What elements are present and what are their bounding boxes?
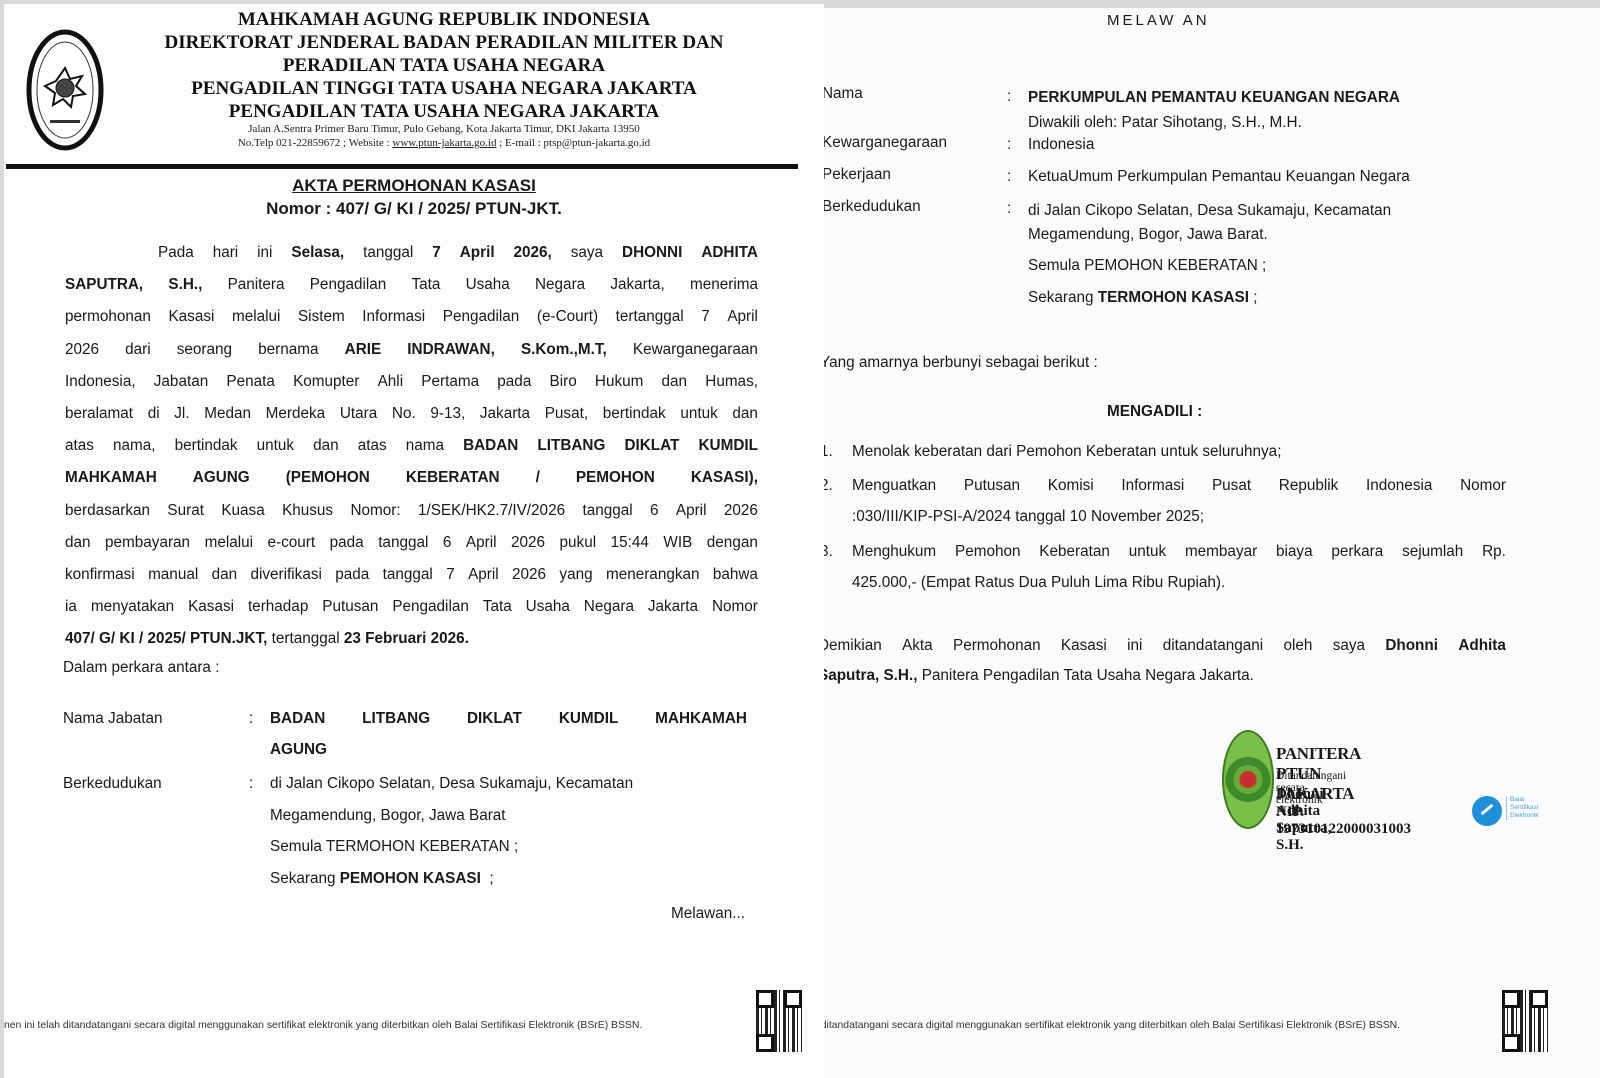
document-number: Nomor : 407/ G/ KI / 2025/ PTUN-JKT. — [4, 199, 824, 219]
paragraph-line: PadahariiniSelasa,tanggal7April2026,saya… — [65, 237, 758, 269]
respondent-citizenship-label: Kewarganegaraan — [824, 134, 947, 152]
colon: : — [1007, 200, 1011, 218]
letterhead-line-5: PENGADILAN TATA USAHA NEGARA JAKARTA — [134, 101, 754, 124]
respondent-now: Sekarang TERMOHON KASASI ; — [1028, 289, 1258, 307]
paragraph-line: beralamatdiJl.MedanMerdekaUtaraNo.9-13,J… — [65, 398, 758, 430]
letterhead-line-4: PENGADILAN TINGGI TATA USAHA NEGARA JAKA… — [134, 78, 754, 101]
qr-code-icon[interactable] — [1502, 990, 1548, 1052]
contact-phone: No.Telp 021-22859672 ; Website : — [238, 137, 393, 149]
paragraph-line: MAHKAMAHAGUNG(PEMOHONKEBERATAN/PEMOHONKA… — [65, 462, 758, 494]
respondent-now-status: TERMOHON KASASI — [1098, 289, 1249, 306]
bsre-logo-icon — [1472, 796, 1502, 826]
paragraph-line: 2026dariseorangbernamaARIEINDRAWAN,S.Kom… — [65, 334, 758, 366]
contact-email: ; E-mail : ptsp@ptun-jakarta.go.id — [496, 137, 650, 149]
respondent-occupation-label: Pekerjaan — [824, 166, 891, 184]
verdict-item-number: 2. — [824, 477, 833, 495]
paragraph-line: permohonanKasasimelaluiSistemInformasiPe… — [65, 301, 758, 333]
party-name-label: Nama Jabatan — [63, 710, 163, 728]
document-title: AKTA PERMOHONAN KASASI — [4, 176, 824, 196]
letterhead-line-2: DIREKTORAT JENDERAL BADAN PERADILAN MILI… — [134, 32, 754, 55]
respondent-formerly: Semula PEMOHON KEBERATAN ; — [1028, 257, 1266, 275]
party-now-status: PEMOHON KASASI — [340, 870, 481, 887]
colon: : — [1007, 168, 1011, 186]
against-heading: MELAW AN — [1107, 12, 1210, 29]
document-page-1: MAHKAMAH AGUNG REPUBLIK INDONESIA DIREKT… — [4, 4, 824, 1078]
signature-nip: NIP. 197310122000031003 — [1276, 804, 1411, 838]
letterhead-line-1: MAHKAMAH AGUNG REPUBLIK INDONESIA — [134, 9, 754, 32]
colon: : — [249, 710, 253, 728]
letterhead-line-3: PERADILAN TATA USAHA NEGARA — [134, 55, 754, 78]
court-seal-icon — [26, 28, 104, 152]
closing-line-1: DemikianAktaPermohonanKasasiiniditandata… — [824, 637, 1506, 655]
qr-code-icon[interactable] — [756, 990, 802, 1052]
party-name-value-cont: AGUNG — [270, 741, 327, 759]
supreme-court-seal-icon — [1222, 730, 1274, 829]
paragraph-line: iamenyatakanKasasiterhadapPutusanPengadi… — [65, 591, 758, 623]
colon: : — [1007, 136, 1011, 154]
paragraph-line: Indonesia,JabatanPenataKomupterAhliPerta… — [65, 366, 758, 398]
party-domicile-line-2: Megamendung, Bogor, Jawa Barat — [270, 807, 506, 825]
paragraph-line: danpembayaranmelaluie-courtpadatanggal6A… — [65, 527, 758, 559]
paragraph-line: konfirmasimanualdandiverifikasipadatangg… — [65, 559, 758, 591]
respondent-domicile-line-1: di Jalan Cikopo Selatan, Desa Sukamaju, … — [1028, 202, 1391, 220]
website-link[interactable]: www.ptun-jakarta.go.id — [392, 137, 496, 149]
paragraph-line: atasnama,bertindakuntukdanatasnamaBADANL… — [65, 430, 758, 462]
party-domicile-label: Berkedudukan — [63, 775, 162, 793]
paragraph-line: berdasarkanSuratKuasaKhususNomor:1/SEK/H… — [65, 495, 758, 527]
verdict-item-text: 425.000,- (Empat Ratus Dua Puluh Lima Ri… — [852, 574, 1225, 592]
letterhead-divider — [6, 164, 798, 169]
digital-signature-note: nen ini telah ditandatangani secara digi… — [4, 1020, 642, 1031]
continued-marker: Melawan... — [671, 905, 745, 923]
verdict-intro: Yang amarnya berbunyi sebagai berikut : — [824, 354, 1098, 372]
respondent-domicile-line-2: Megamendung, Bogor, Jawa Barat. — [1028, 226, 1268, 244]
letterhead-contact: No.Telp 021-22859672 ; Website : www.ptu… — [134, 136, 754, 150]
respondent-name-value: PERKUMPULAN PEMANTAU KEUANGAN NEGARA — [1028, 89, 1400, 107]
colon: : — [249, 775, 253, 793]
respondent-domicile-label: Berkedudukan — [824, 198, 921, 216]
digital-signature-note: lah ditandatangani secara digital menggu… — [824, 1020, 1400, 1031]
party-name-value: BADANLITBANGDIKLATKUMDILMAHKAMAH — [270, 710, 747, 728]
closing-line-2: Saputra, S.H., Panitera Pengadilan Tata … — [824, 667, 1254, 685]
verdict-item-text: MenghukumPemohonKeberatanuntukmembayarbi… — [852, 543, 1506, 561]
party-domicile-line-1: di Jalan Cikopo Selatan, Desa Sukamaju, … — [270, 775, 633, 793]
respondent-citizenship-value: Indonesia — [1028, 136, 1094, 154]
verdict-item-text: :030/III/KIP-PSI-A/2024 tanggal 10 Novem… — [852, 508, 1204, 526]
verdict-item-number: 1. — [824, 443, 833, 461]
party-now: Sekarang PEMOHON KASASI ; — [270, 870, 494, 888]
bsre-label: Balai Sertifikasi Elektronik — [1506, 796, 1539, 820]
verdict-item-text: Menolak keberatan dari Pemohon Keberatan… — [852, 443, 1281, 461]
verdict-item-number: 3. — [824, 543, 833, 561]
verdict-heading: MENGADILI : — [1107, 403, 1202, 421]
case-between-label: Dalam perkara antara : — [63, 659, 219, 677]
respondent-representative: Diwakili oleh: Patar Sihotang, S.H., M.H… — [1028, 114, 1302, 132]
respondent-occupation-value: KetuaUmum Perkumpulan Pemantau Keuangan … — [1028, 168, 1410, 186]
verdict-item-text: MenguatkanPutusanKomisiInformasiPusatRep… — [852, 477, 1506, 495]
document-page-2: MELAW AN Nama : PERKUMPULAN PEMANTAU KEU… — [824, 8, 1600, 1078]
letterhead-address: Jalan A.Sentra Primer Baru Timur, Pulo G… — [134, 122, 754, 136]
paragraph-line: SAPUTRA,S.H.,PaniteraPengadilanTataUsaha… — [65, 269, 758, 301]
paragraph-line: 407/ G/ KI / 2025/ PTUN.JKT, tertanggal … — [65, 623, 758, 655]
respondent-name-label: Nama — [824, 85, 863, 103]
colon: : — [1007, 88, 1011, 106]
main-paragraph: PadahariiniSelasa,tanggal7April2026,saya… — [65, 237, 758, 655]
party-formerly: Semula TERMOHON KEBERATAN ; — [270, 838, 518, 856]
